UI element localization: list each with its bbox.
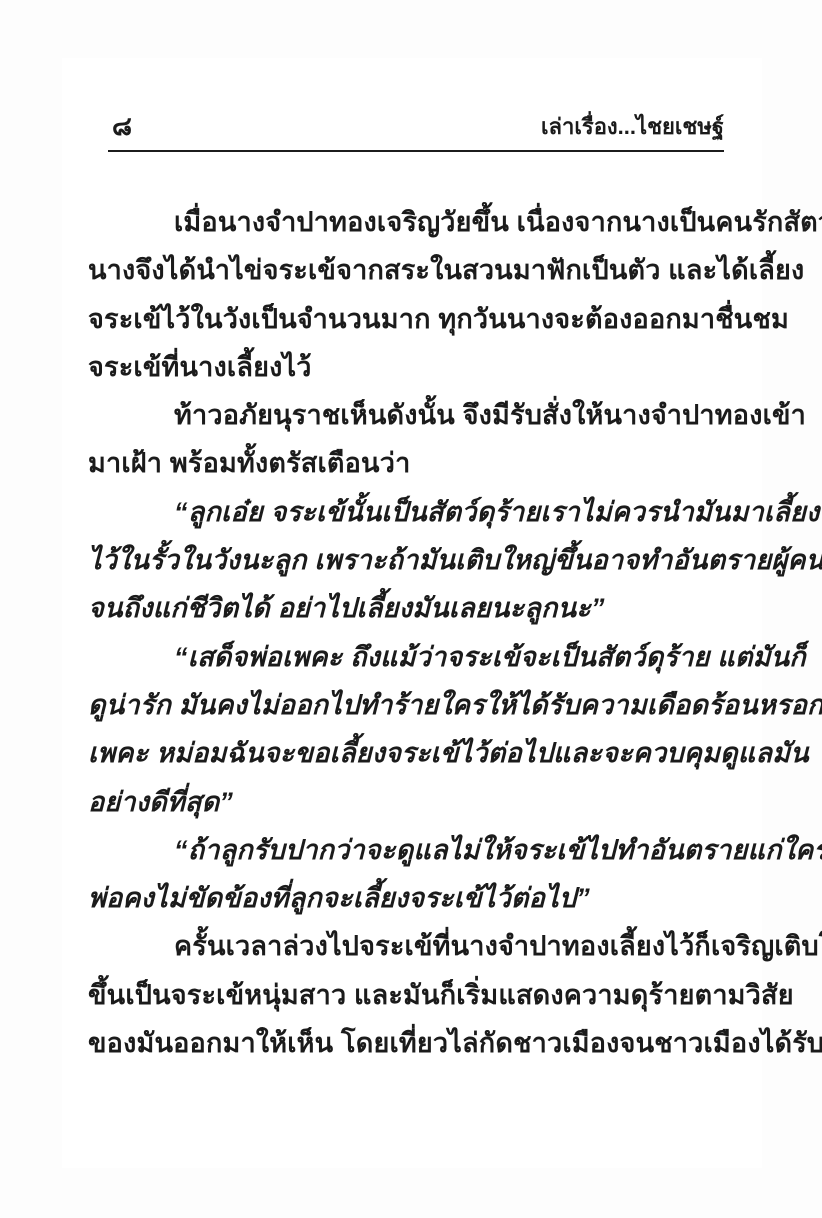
body-line: อย่างดีที่สุด” <box>88 778 740 826</box>
body-line: ท้าวอภัยนุราชเห็นดังนั้น จึงมีรับสั่งให้… <box>88 391 740 439</box>
body-line: เพคะ หม่อมฉันจะขอเลี้ยงจระเข้ไว้ต่อไปและ… <box>88 729 740 777</box>
body-line: ของมันออกมาให้เห็น โดยเที่ยวไล่กัดชาวเมื… <box>88 1019 740 1067</box>
body-line: นางจึงได้นำไข่จระเข้จากสระในสวนมาฟักเป็น… <box>88 246 740 294</box>
book-page: ๘ เล่าเรื่อง...ไชยเชษฐ์ เมื่อนางจำปาทองเ… <box>0 0 822 1218</box>
paragraph-3-quote: “ลูกเอ๋ย จระเข้นั้นเป็นสัตว์ดุร้ายเราไม่… <box>88 488 740 633</box>
body-line: มาเฝ้า พร้อมทั้งตรัสเตือนว่า <box>88 439 740 487</box>
body-line: จนถึงแก่ชีวิตได้ อย่าไปเลี้ยงมันเลยนะลูก… <box>88 584 740 632</box>
paragraph-4-quote: “เสด็จพ่อเพคะ ถึงแม้ว่าจระเข้จะเป็นสัตว์… <box>88 633 740 826</box>
body-line: เมื่อนางจำปาทองเจริญวัยขึ้น เนื่องจากนาง… <box>88 198 740 246</box>
body-line: จระเข้ไว้ในวังเป็นจำนวนมาก ทุกวันนางจะต้… <box>88 295 740 343</box>
body-line: ไว้ในรั้วในวังนะลูก เพราะถ้ามันเติบใหญ่ข… <box>88 536 740 584</box>
body-line: จระเข้ที่นางเลี้ยงไว้ <box>88 343 740 391</box>
body-line: ขึ้นเป็นจระเข้หนุ่มสาว และมันก็เริ่มแสดง… <box>88 971 740 1019</box>
paragraph-1: เมื่อนางจำปาทองเจริญวัยขึ้น เนื่องจากนาง… <box>88 198 740 391</box>
page-header: ๘ เล่าเรื่อง...ไชยเชษฐ์ <box>108 110 724 152</box>
running-title: เล่าเรื่อง...ไชยเชษฐ์ <box>541 110 724 143</box>
body-line: ดูน่ารัก มันคงไม่ออกไปทำร้ายใครให้ได้รับ… <box>88 681 740 729</box>
paragraph-6: ครั้นเวลาล่วงไปจระเข้ที่นางจำปาทองเลี้ยง… <box>88 922 740 1067</box>
body-line: “ลูกเอ๋ย จระเข้นั้นเป็นสัตว์ดุร้ายเราไม่… <box>88 488 740 536</box>
body-line: “เสด็จพ่อเพคะ ถึงแม้ว่าจระเข้จะเป็นสัตว์… <box>88 633 740 681</box>
body-line: ครั้นเวลาล่วงไปจระเข้ที่นางจำปาทองเลี้ยง… <box>88 922 740 970</box>
body-line: พ่อคงไม่ขัดข้องที่ลูกจะเลี้ยงจระเข้ไว้ต่… <box>88 874 740 922</box>
body-text: เมื่อนางจำปาทองเจริญวัยขึ้น เนื่องจากนาง… <box>88 198 740 1067</box>
page-number: ๘ <box>108 110 132 143</box>
paragraph-5-quote: “ถ้าลูกรับปากว่าจะดูแลไม่ให้จระเข้ไปทำอั… <box>88 826 740 923</box>
body-line: “ถ้าลูกรับปากว่าจะดูแลไม่ให้จระเข้ไปทำอั… <box>88 826 740 874</box>
paragraph-2: ท้าวอภัยนุราชเห็นดังนั้น จึงมีรับสั่งให้… <box>88 391 740 488</box>
